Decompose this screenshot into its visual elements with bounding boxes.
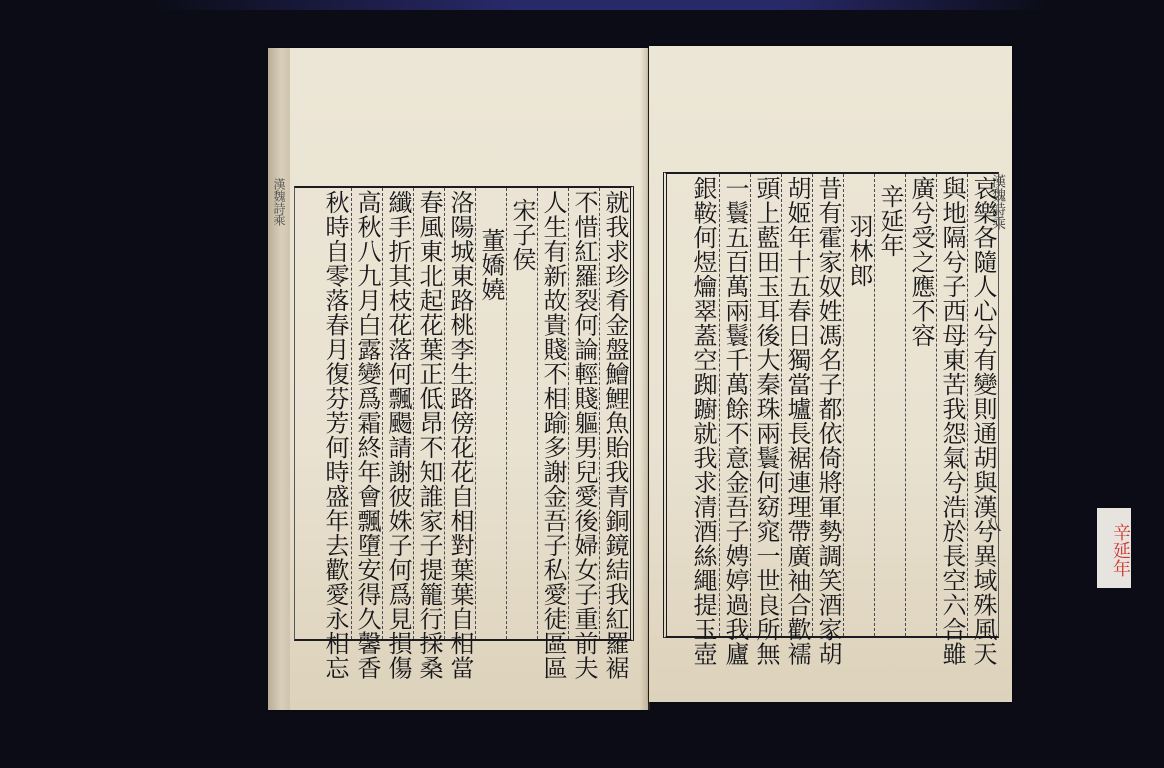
text-column: 不惜紅羅裂何論輕賤軀男兒愛後婦女子重前夫: [568, 188, 599, 639]
text-column: 高秋八九月白露變爲霜終年會飄墮安得久馨香: [351, 188, 382, 639]
text-column: 頭上藍田玉耳後大秦珠兩鬟何窈窕一世良所無: [750, 174, 781, 636]
poem-title-column: 董嬌嬈: [475, 188, 506, 639]
author-column: 辛延年: [874, 174, 905, 636]
text-column: 洛陽城東路桃李生路傍花花自相對葉葉自相當: [444, 188, 475, 639]
left-text-frame: 就我求珍肴金盤鱠鯉魚貽我青銅鏡結我紅羅裾 不惜紅羅裂何論輕賤軀男兒愛後婦女子重前…: [294, 186, 634, 641]
top-light-glare: [150, 0, 1050, 10]
poem-title-column: 羽林郎: [843, 174, 874, 636]
spine-label: 漢魏詩乘: [270, 178, 288, 226]
folio-number: 八: [981, 516, 1004, 532]
right-page: 漢魏詩乘 哀樂各隨人心兮有變則通胡與漢兮異域殊風天 與地隔兮子西母東苦我怨氣兮浩…: [649, 46, 1012, 702]
text-column: 胡姬年十五春日獨當壚長裾連理帶廣袖合歡襦: [781, 174, 812, 636]
text-column: 銀鞍何煜爚翠蓋空踟躕就我求清酒絲繩提玉壺: [688, 174, 719, 636]
text-column: 昔有霍家奴姓馮名子都依倚將軍勢調笑酒家胡: [812, 174, 843, 636]
right-text-frame: 哀樂各隨人心兮有變則通胡與漢兮異域殊風天 與地隔兮子西母東苦我怨氣兮浩於長空六合…: [663, 172, 999, 638]
text-column: 秋時自零落春月復芬芳何時盛年去歡愛永相忘: [320, 188, 351, 639]
open-book: 漢魏詩乘 就我求珍肴金盤鱠鯉魚貽我青銅鏡結我紅羅裾 不惜紅羅裂何論輕賤軀男兒愛後…: [268, 46, 1012, 710]
text-column: 哀樂各隨人心兮有變則通胡與漢兮異域殊風天: [967, 174, 998, 636]
text-column: 與地隔兮子西母東苦我怨氣兮浩於長空六合雖: [936, 174, 967, 636]
text-column: 一鬟五百萬兩鬟千萬餘不意金吾子娉婷過我廬: [719, 174, 750, 636]
red-ink-annotation: 辛延年: [1097, 508, 1131, 588]
left-page: 漢魏詩乘 就我求珍肴金盤鱠鯉魚貽我青銅鏡結我紅羅裾 不惜紅羅裂何論輕賤軀男兒愛後…: [268, 48, 648, 710]
left-columns: 就我求珍肴金盤鱠鯉魚貽我青銅鏡結我紅羅裾 不惜紅羅裂何論輕賤軀男兒愛後婦女子重前…: [295, 188, 630, 639]
text-column: 纖手折其枝花落何飄颺請謝彼姝子何爲見損傷: [382, 188, 413, 639]
text-column: 就我求珍肴金盤鱠鯉魚貽我青銅鏡結我紅羅裾: [599, 188, 630, 639]
right-columns: 哀樂各隨人心兮有變則通胡與漢兮異域殊風天 與地隔兮子西母東苦我怨氣兮浩於長空六合…: [667, 174, 998, 636]
page-edge-stack: 漢魏詩乘: [268, 48, 290, 710]
text-column: 人生有新故貴賤不相踰多謝金吾子私愛徒區區: [537, 188, 568, 639]
text-column: 春風東北起花葉正低昂不知誰家子提籠行採桑: [413, 188, 444, 639]
author-column: 宋子侯: [506, 188, 537, 639]
text-column: 廣兮受之應不容: [905, 174, 936, 636]
